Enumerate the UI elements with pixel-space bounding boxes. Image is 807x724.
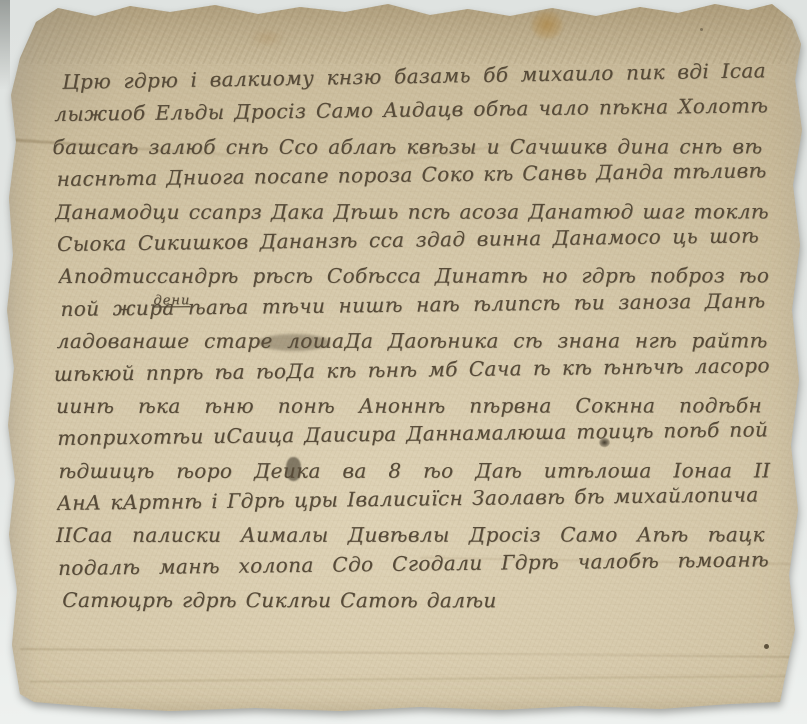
scanned-manuscript-photo: Црю гдрю і валкиому кнзю базамь бб михаи…: [0, 0, 807, 724]
ink-speck-bottom-right: [764, 644, 769, 649]
paper-left-edge-shade: [0, 0, 38, 724]
interline-superscript-note: дени: [153, 293, 190, 308]
manuscript-line: Сатюцрѣ гдрѣ Сиклѣи Сатоѣ далѣи: [62, 584, 507, 617]
ink-speck-top: [700, 28, 703, 31]
paper-drop-shadow: Црю гдрю і валкиому кнзю базамь бб михаи…: [0, 0, 807, 724]
stain-top-left: [243, 26, 291, 50]
manuscript-text-block: Црю гдрю і валкиому кнзю базамь бб михаи…: [50, 62, 771, 617]
paper-bottom-shade: [0, 696, 807, 724]
paper-sheet: Црю гдрю і валкиому кнзю базамь бб михаи…: [0, 0, 807, 724]
manuscript-line: топрихотѣи иСаица Даисира Даннамалюша то…: [57, 414, 768, 455]
stain-top-center: [524, 4, 570, 46]
manuscript-line: лыжиоб Ельды Дросіз Само Аидацв обѣа чал…: [54, 90, 768, 131]
paper-right-edge-shade: [777, 0, 807, 724]
